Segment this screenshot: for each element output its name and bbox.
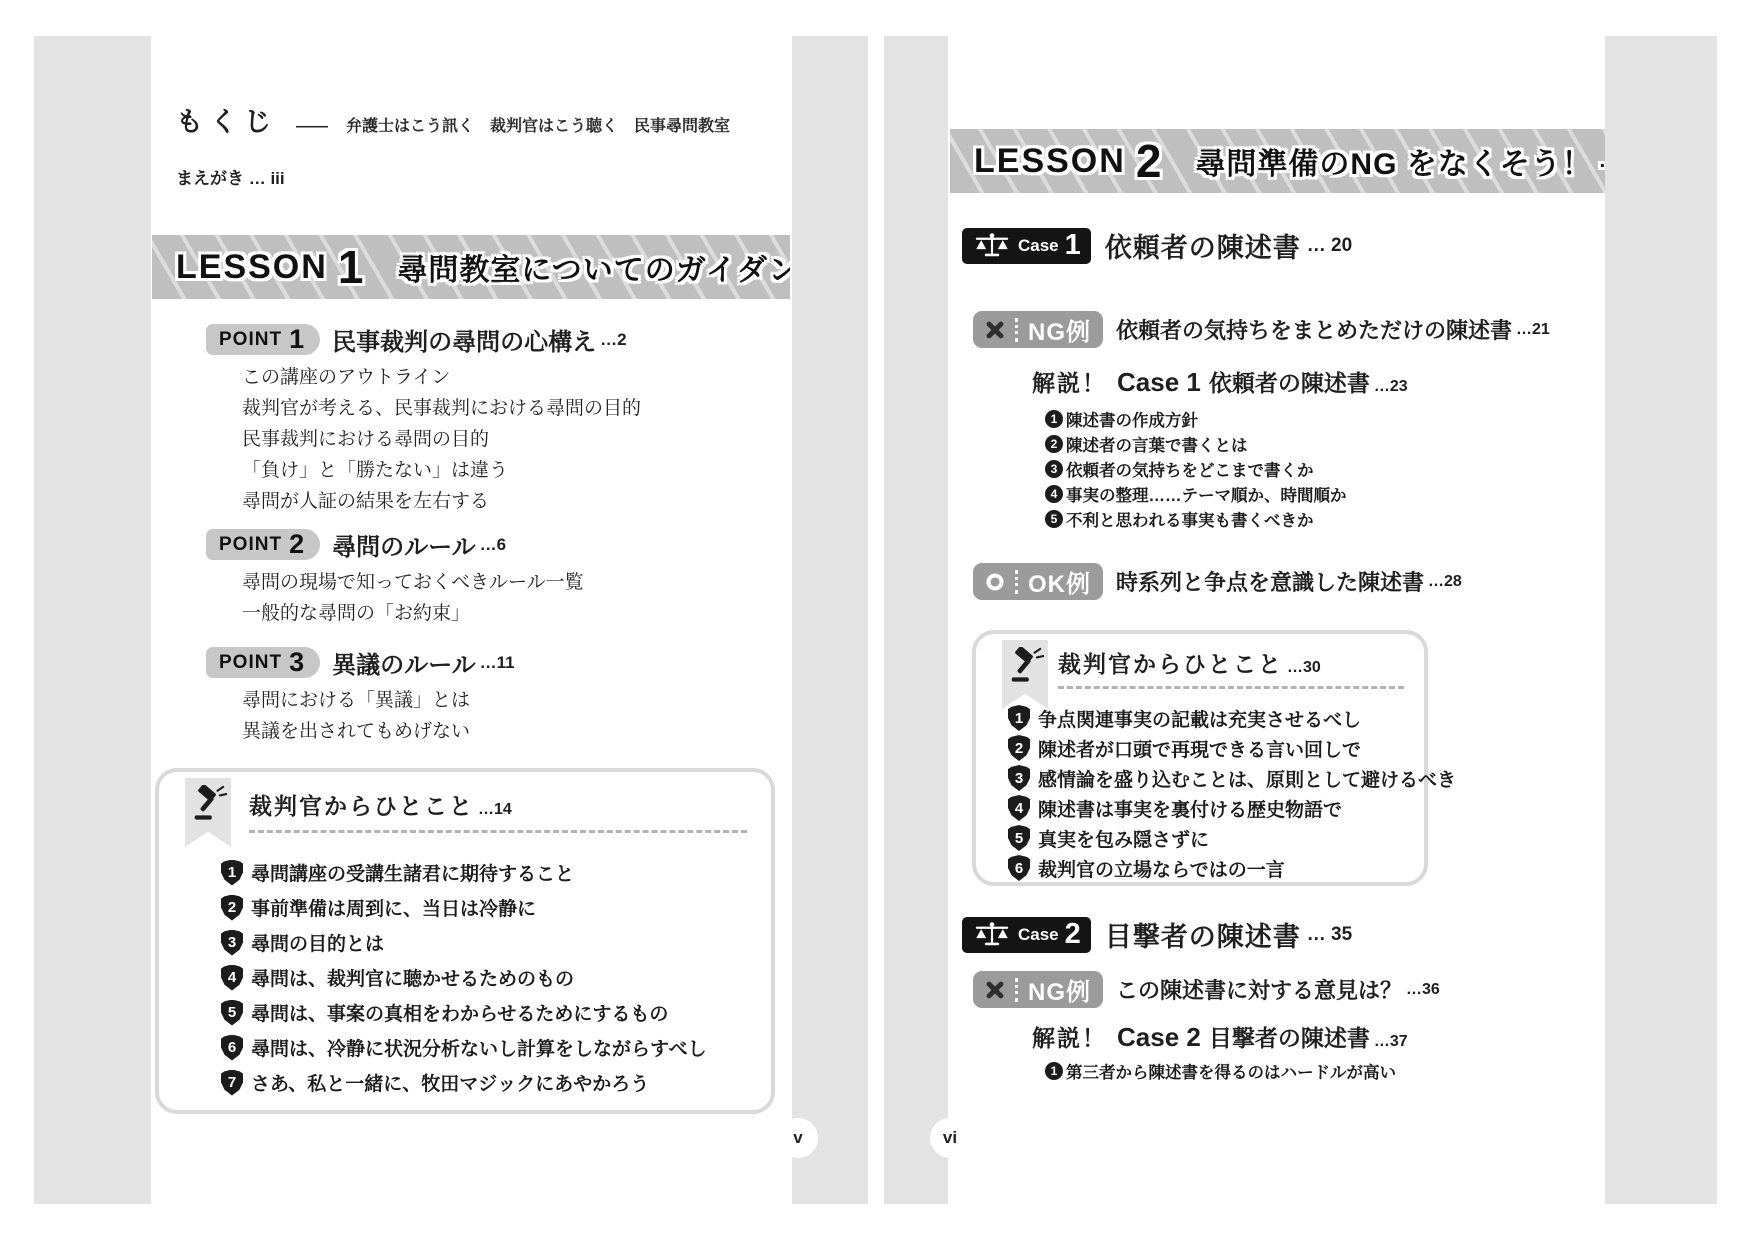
shield-number-badge: 4 bbox=[1008, 795, 1030, 821]
ng-label: NG例 bbox=[1028, 972, 1091, 1007]
shield-number-badge: 5 bbox=[1008, 825, 1030, 851]
toc-entry: 尋問の現場で知っておくべきルール一覧 bbox=[242, 567, 584, 598]
entry-text: 第三者から陳述書を得るのはハードルが高い bbox=[1066, 1059, 1396, 1083]
point-number: 1 bbox=[289, 324, 304, 355]
lesson-word: LESSON bbox=[974, 142, 1126, 181]
gavel-icon bbox=[1006, 647, 1044, 685]
shield-number-badge: 7 bbox=[221, 1070, 243, 1096]
lesson2-banner: LESSON 2 尋問準備のNG をなくそう！ …19 bbox=[950, 129, 1605, 193]
x-icon bbox=[985, 980, 1005, 1000]
judge-note-text: 尋問は、事案の真相をわからせるためにするもの bbox=[251, 999, 668, 1026]
point1-heading: POINT 1 民事裁判の尋問の心構え …2 bbox=[206, 322, 627, 357]
toc-entry: 異議を出されてもめげない bbox=[242, 716, 470, 747]
left-page-inner-margin-bar bbox=[792, 36, 868, 1204]
shield-number-badge: 6 bbox=[221, 1035, 243, 1061]
point2-items: 尋問の現場で知っておくべきルール一覧 一般的な尋問の「お約束」 bbox=[242, 567, 584, 629]
kaisetsu-label: 解説！ bbox=[1032, 365, 1107, 398]
shield-number-badge: 4 bbox=[221, 965, 243, 991]
toc-entry: 5不利と思われる事実も書くべきか bbox=[1045, 506, 1347, 531]
judge-note: 3尋問の目的とは bbox=[221, 925, 771, 960]
judge-note-text: 感情論を盛り込むことは、原則として避けるべき bbox=[1038, 765, 1456, 792]
judge-box-items: 1争点関連事実の記載は充実させるべし 2陳述者が口頭で再現できる言い回しで 3感… bbox=[976, 689, 1424, 883]
page-number-label: v bbox=[793, 1128, 802, 1148]
toc-header: もくじ —— 弁護士はこう訊く 裁判官はこう聴く 民事尋問教室 bbox=[176, 100, 730, 139]
entry-text: 陳述者の言葉で書くとは bbox=[1066, 432, 1248, 456]
x-icon bbox=[985, 320, 1005, 340]
shield-number-badge: 6 bbox=[1008, 855, 1030, 881]
judge-note-text: 事前準備は周到に、当日は冷静に bbox=[251, 894, 536, 921]
preface-entry: まえがき … iii bbox=[176, 164, 285, 189]
shield-number-badge: 3 bbox=[221, 930, 243, 956]
ok1-title: 時系列と争点を意識した陳述書 bbox=[1116, 566, 1424, 597]
point-number: 3 bbox=[289, 647, 304, 678]
left-page: もくじ —— 弁護士はこう訊く 裁判官はこう聴く 民事尋問教室 まえがき … i… bbox=[152, 0, 790, 1240]
case1-page-ref: … 20 bbox=[1307, 235, 1352, 257]
point1-title: 民事裁判の尋問の心構え bbox=[332, 322, 596, 357]
ng2-heading: NG例 この陳述書に対する意見は？ …36 bbox=[973, 971, 1440, 1008]
toc-entry: 2陳述者の言葉で書くとは bbox=[1045, 431, 1347, 456]
point-number: 2 bbox=[289, 529, 304, 560]
toc-dash: —— bbox=[296, 118, 328, 136]
judge-note: 5真実を包み隠さずに bbox=[1008, 823, 1424, 853]
point3-page-ref: …11 bbox=[480, 653, 515, 673]
toc-entry: 民事裁判における尋問の目的 bbox=[242, 424, 641, 455]
judge-box-page-ref: …14 bbox=[478, 801, 512, 819]
circled-number-badge: 4 bbox=[1045, 485, 1063, 503]
case-number: 1 bbox=[1065, 229, 1081, 262]
toc-entry: この講座のアウトライン bbox=[242, 362, 641, 393]
point-word: POINT bbox=[219, 652, 282, 674]
toc-entry: 1第三者から陳述書を得るのはハードルが高い bbox=[1045, 1058, 1396, 1083]
shield-number-badge: 2 bbox=[221, 895, 243, 921]
toc-entry: 4事実の整理……テーマ順か、時間順か bbox=[1045, 481, 1347, 506]
toc-entry: 3依頼者の気持ちをどこまで書くか bbox=[1045, 456, 1347, 481]
toc-entry: 裁判官が考える、民事裁判における尋問の目的 bbox=[242, 393, 641, 424]
entry-text: 事実の整理……テーマ順か、時間順か bbox=[1066, 482, 1347, 506]
judge-note: 2陳述者が口頭で再現できる言い回しで bbox=[1008, 733, 1424, 763]
kaisetsu1-items: 1陳述書の作成方針 2陳述者の言葉で書くとは 3依頼者の気持ちをどこまで書くか … bbox=[1045, 406, 1347, 531]
kaisetsu-title: 目撃者の陳述書 bbox=[1209, 1020, 1370, 1053]
judge-note: 7さあ、私と一緒に、牧田マジックにあやかろう bbox=[221, 1065, 771, 1100]
shield-number-badge: 5 bbox=[221, 1000, 243, 1026]
ng-badge: NG例 bbox=[973, 971, 1103, 1008]
lesson1-banner: LESSON 1 尋問教室についてのガイダンス …1 bbox=[152, 235, 790, 299]
judge-note: 4尋問は、裁判官に聴かせるためのもの bbox=[221, 960, 771, 995]
judge-note: 6裁判官の立場ならではの一言 bbox=[1008, 853, 1424, 883]
judge-note-text: 尋問の目的とは bbox=[251, 929, 384, 956]
case1-badge: Case 1 bbox=[962, 228, 1091, 264]
point3-heading: POINT 3 異議のルール …11 bbox=[206, 645, 515, 680]
ng1-title: 依頼者の気持ちをまとめただけの陳述書 bbox=[1116, 314, 1512, 345]
point2-heading: POINT 2 尋問のルール …6 bbox=[206, 527, 506, 562]
judge-note: 1争点関連事実の記載は充実させるべし bbox=[1008, 703, 1424, 733]
judge-box-page-ref: …30 bbox=[1287, 659, 1321, 677]
case2-page-ref: … 35 bbox=[1307, 924, 1352, 946]
case-number: 2 bbox=[1065, 918, 1081, 951]
case2-badge: Case 2 bbox=[962, 917, 1091, 953]
kaisetsu2-heading: 解説！ Case 2 目撃者の陳述書 …37 bbox=[1032, 1020, 1408, 1053]
ng2-page-ref: …36 bbox=[1406, 981, 1440, 999]
judge-comment-box: 裁判官からひとこと …30 1争点関連事実の記載は充実させるべし 2陳述者が口頭… bbox=[972, 630, 1428, 886]
lesson-number: 1 bbox=[338, 240, 364, 294]
circled-number-badge: 5 bbox=[1045, 510, 1063, 528]
judge-note: 1尋問講座の受講生諸君に期待すること bbox=[221, 855, 771, 890]
judge-box-title: 裁判官からひとこと bbox=[249, 788, 474, 821]
ok1-heading: OK例 時系列と争点を意識した陳述書 …28 bbox=[973, 563, 1462, 600]
ok1-page-ref: …28 bbox=[1428, 573, 1462, 591]
gavel-icon bbox=[189, 785, 227, 823]
lesson-number: 2 bbox=[1136, 134, 1162, 188]
entry-text: 依頼者の気持ちをどこまで書くか bbox=[1066, 457, 1314, 481]
kaisetsu-page-ref: …37 bbox=[1374, 1033, 1408, 1051]
judge-comment-box: 裁判官からひとこと …14 1尋問講座の受講生諸君に期待すること 2事前準備は周… bbox=[155, 768, 775, 1114]
judge-note: 5尋問は、事案の真相をわからせるためにするもの bbox=[221, 995, 771, 1030]
circled-number-badge: 2 bbox=[1045, 435, 1063, 453]
judge-box-heading: 裁判官からひとこと …14 bbox=[159, 772, 771, 821]
point2-page-ref: …6 bbox=[480, 535, 506, 555]
judge-note-text: 陳述者が口頭で再現できる言い回しで bbox=[1038, 735, 1361, 762]
kaisetsu-case-label: Case 2 bbox=[1117, 1022, 1201, 1053]
point3-items: 尋問における「異議」とは 異議を出されてもめげない bbox=[242, 685, 470, 747]
judge-note: 6尋問は、冷静に状況分析ないし計算をしながらすべし bbox=[221, 1030, 771, 1065]
kaisetsu-page-ref: …23 bbox=[1374, 378, 1408, 396]
kaisetsu1-heading: 解説！ Case 1 依頼者の陳述書 …23 bbox=[1032, 365, 1408, 398]
ok-badge: OK例 bbox=[973, 563, 1103, 600]
case1-title: 依頼者の陳述書 bbox=[1105, 226, 1301, 265]
judge-note-text: 尋問講座の受講生諸君に期待すること bbox=[251, 859, 574, 886]
circled-number-badge: 1 bbox=[1045, 410, 1063, 428]
shield-number-badge: 1 bbox=[1008, 705, 1030, 731]
case-word: Case bbox=[1018, 236, 1059, 256]
left-page-outer-margin-bar bbox=[34, 36, 151, 1204]
judge-note-text: 裁判官の立場ならではの一言 bbox=[1038, 855, 1285, 882]
kaisetsu-label: 解説！ bbox=[1032, 1020, 1107, 1053]
ng-badge: NG例 bbox=[973, 311, 1103, 348]
circle-icon bbox=[985, 572, 1005, 592]
point2-title: 尋問のルール bbox=[332, 527, 476, 562]
point-word: POINT bbox=[219, 534, 282, 556]
ng2-title: この陳述書に対する意見は？ bbox=[1116, 974, 1402, 1005]
lesson-title: 尋問教室についてのガイダンス bbox=[397, 245, 790, 289]
kaisetsu2-items: 1第三者から陳述書を得るのはハードルが高い bbox=[1045, 1058, 1396, 1083]
right-page-outer-margin-bar bbox=[1605, 36, 1717, 1204]
judge-note-text: さあ、私と一緒に、牧田マジックにあやかろう bbox=[251, 1069, 649, 1096]
judge-box-title: 裁判官からひとこと bbox=[1058, 646, 1283, 679]
point3-title: 異議のルール bbox=[332, 645, 476, 680]
point-word: POINT bbox=[219, 329, 282, 351]
case2-title: 目撃者の陳述書 bbox=[1105, 915, 1301, 954]
toc-entry: 尋問における「異議」とは bbox=[242, 685, 470, 716]
entry-text: 不利と思われる事実も書くべきか bbox=[1066, 507, 1314, 531]
ng-label: NG例 bbox=[1028, 312, 1091, 347]
judge-note-text: 真実を包み隠さずに bbox=[1038, 825, 1209, 852]
point1-page-ref: …2 bbox=[600, 330, 626, 350]
circled-number-badge: 3 bbox=[1045, 460, 1063, 478]
point3-badge: POINT 3 bbox=[206, 647, 320, 678]
entry-text: 陳述書の作成方針 bbox=[1066, 407, 1198, 431]
judge-note: 4陳述書は事実を裏付ける歴史物語で bbox=[1008, 793, 1424, 823]
toc-entry: 尋問が人証の結果を左右する bbox=[242, 486, 641, 517]
kaisetsu-case-label: Case 1 bbox=[1117, 367, 1201, 398]
ng1-page-ref: …21 bbox=[1516, 321, 1550, 339]
dotted-separator bbox=[1015, 318, 1018, 342]
judge-box-items: 1尋問講座の受講生諸君に期待すること 2事前準備は周到に、当日は冷静に 3尋問の… bbox=[159, 833, 771, 1100]
case1-heading: Case 1 依頼者の陳述書 … 20 bbox=[962, 226, 1352, 265]
point1-items: この講座のアウトライン 裁判官が考える、民事裁判における尋問の目的 民事裁判にお… bbox=[242, 362, 641, 517]
judge-note: 3感情論を盛り込むことは、原則として避けるべき bbox=[1008, 763, 1424, 793]
case-word: Case bbox=[1018, 925, 1059, 945]
shield-number-badge: 3 bbox=[1008, 765, 1030, 791]
ok-label: OK例 bbox=[1028, 564, 1091, 599]
toc-subtitle: 弁護士はこう訊く 裁判官はこう聴く 民事尋問教室 bbox=[346, 113, 730, 136]
shield-number-badge: 1 bbox=[221, 860, 243, 886]
dotted-separator bbox=[1015, 570, 1018, 594]
judge-note: 2事前準備は周到に、当日は冷静に bbox=[221, 890, 771, 925]
toc-entry: 一般的な尋問の「お約束」 bbox=[242, 598, 584, 629]
dotted-separator bbox=[1015, 978, 1018, 1002]
case2-heading: Case 2 目撃者の陳述書 … 35 bbox=[962, 915, 1352, 954]
kaisetsu-title: 依頼者の陳述書 bbox=[1209, 365, 1370, 398]
ng1-heading: NG例 依頼者の気持ちをまとめただけの陳述書 …21 bbox=[973, 311, 1550, 348]
right-page-inner-margin-bar bbox=[884, 36, 948, 1204]
circled-number-badge: 1 bbox=[1045, 1062, 1063, 1080]
lesson-title: 尋問準備のNG をなくそう！ bbox=[1195, 139, 1592, 183]
lesson-word: LESSON bbox=[176, 248, 328, 287]
scales-icon bbox=[972, 232, 1012, 259]
toc-title: もくじ bbox=[176, 100, 278, 139]
judge-note-text: 争点関連事実の記載は充実させるべし bbox=[1038, 705, 1361, 732]
judge-note-text: 尋問は、裁判官に聴かせるためのもの bbox=[251, 964, 574, 991]
book-spread: v vi もくじ —— 弁護士はこう訊く 裁判官はこう聴く 民事尋問教室 まえが… bbox=[0, 0, 1755, 1240]
judge-note-text: 陳述書は事実を裏付ける歴史物語で bbox=[1038, 795, 1342, 822]
toc-entry: 「負け」と「勝たない」は違う bbox=[242, 455, 641, 486]
point1-badge: POINT 1 bbox=[206, 324, 320, 355]
right-page: LESSON 2 尋問準備のNG をなくそう！ …19 Case 1 依頼者の陳… bbox=[950, 0, 1605, 1240]
judge-note-text: 尋問は、冷静に状況分析ないし計算をしながらすべし bbox=[251, 1034, 707, 1061]
shield-number-badge: 2 bbox=[1008, 735, 1030, 761]
point2-badge: POINT 2 bbox=[206, 529, 320, 560]
toc-entry: 1陳述書の作成方針 bbox=[1045, 406, 1347, 431]
scales-icon bbox=[972, 921, 1012, 948]
lesson-page-ref: …19 bbox=[1599, 150, 1605, 173]
